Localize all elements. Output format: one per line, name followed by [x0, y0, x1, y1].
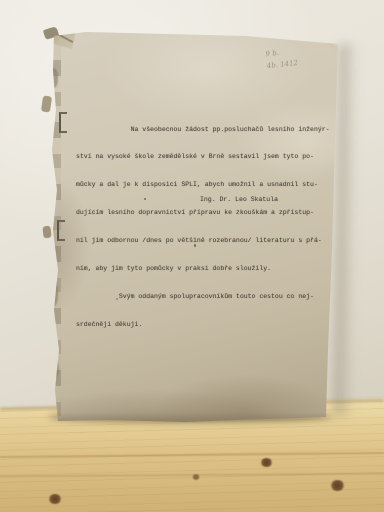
booklet-cover: 9 b. 4b. 1412 Na všeobecnou žádost pp.po…	[46, 30, 341, 422]
cover-stain-speck	[144, 198, 146, 200]
typed-line: můcky a dal je k disposici SPLI, abych u…	[76, 180, 326, 189]
signature-line: Ing. Dr. Leo Skatula	[200, 196, 278, 203]
wood-knot	[260, 458, 273, 467]
typed-line: ství na vysoké škole zemědělské v Brně s…	[76, 152, 326, 161]
photo-scene: 9 b. 4b. 1412 Na všeobecnou žádost pp.po…	[0, 0, 384, 512]
cover-stain-speck	[116, 298, 118, 300]
pencil-note: 9 b. 4b. 1412	[265, 40, 347, 72]
staple-top	[59, 112, 67, 133]
staple-bottom	[57, 220, 65, 241]
cover-stain-speck	[194, 244, 196, 247]
wood-knot	[48, 494, 62, 504]
typed-line: nil jim odbornou /dnes po většině rozebr…	[76, 236, 326, 245]
typed-line: Na všeobecnou žádost pp.posluchačů lesní…	[76, 125, 326, 134]
typed-line: ním, aby jim tyto pomůcky v praksi dobře…	[76, 264, 326, 273]
spine-tatter	[42, 226, 51, 239]
typed-text-block: Na všeobecnou žádost pp.posluchačů lesní…	[76, 106, 326, 348]
wood-knot	[192, 474, 200, 480]
typed-line: Svým oddaným spolupracovníkům touto cest…	[76, 292, 326, 301]
typed-line: dujícím lesního dopravnictví přípravu ke…	[76, 208, 326, 217]
wood-knot	[330, 480, 345, 491]
typed-line: srdečněji děkuji.	[76, 320, 326, 329]
